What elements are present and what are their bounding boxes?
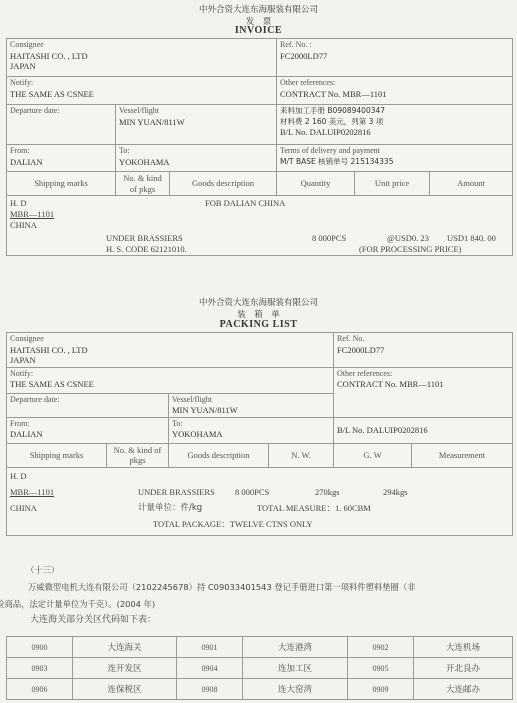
customs-table-intro: 大连海关部分关区代码如下表： — [30, 612, 156, 629]
bl-number: B/L No. DALUIP0202816 — [280, 127, 509, 138]
code-cell: 0906 — [7, 679, 73, 700]
pl-bl-cell: B/L No. DALUIP0202816 — [334, 417, 513, 443]
from-value: DALIAN — [10, 157, 112, 168]
code-cell: 0903 — [7, 658, 73, 679]
office-cell: 大连邮办 — [414, 679, 513, 700]
pl-col-nw: N. W. — [269, 443, 334, 467]
office-cell: 连开发区 — [73, 658, 177, 679]
pl-departure-label: Departure date: — [10, 395, 165, 406]
price-note: (FOR PROCESSING PRICE) — [359, 244, 462, 255]
pl-to-label: To: — [172, 419, 330, 430]
pl-col-gw: G. W — [334, 443, 412, 467]
pl-notify-label: Notify: — [10, 369, 330, 380]
pl-vessel-label: Vessel/flight — [172, 395, 330, 406]
pl-from-cell: From: DALIAN — [7, 417, 169, 443]
departure-cell: Departure date: — [7, 105, 116, 145]
office-cell: 大连港湾 — [243, 637, 348, 658]
pl-net-weight: 270kgs — [315, 487, 340, 498]
code-cell: 0908 — [177, 679, 243, 700]
packing-title: PACKING LIST — [0, 319, 517, 330]
invoice-form: Consignee HAITASHI CO. , LTD JAPAN Ref. … — [6, 38, 513, 256]
section-paragraph-line-2: 法检商品，法定计量单位为千克）。(2004 年) — [0, 596, 155, 613]
pl-ref-value: FC2000LD77 — [337, 345, 509, 356]
pl-other-ref-value: CONTRACT No. MBR—1101 — [337, 379, 509, 390]
to-cell: To: YOKOHAMA — [116, 145, 277, 172]
amount-value: USD1 840. 00 — [447, 233, 496, 244]
pl-unit: 计量单位：件/kg — [138, 503, 202, 514]
office-cell: 大连机场 — [414, 637, 513, 658]
pl-mark-line-2: MBR—1101 — [10, 487, 54, 498]
hs-code: H. S. CODE 62121010. — [106, 244, 187, 255]
mark-line-1: H. D — [10, 198, 27, 209]
pl-from-value: DALIAN — [10, 429, 165, 440]
code-cell: 0902 — [348, 637, 414, 658]
vessel-cell: Vessel/flight MIN YUAN/811W — [116, 105, 277, 145]
pl-notify-cell: Notify: THE SAME AS CSNEE — [7, 367, 334, 393]
pl-mark-line-1: H. D — [10, 471, 27, 482]
col-shipping-marks: Shipping marks — [7, 172, 116, 196]
packing-company-name: 中外合资大连东海服装有限公司 — [0, 296, 517, 308]
pl-other-ref-label: Other references: — [337, 369, 509, 380]
invoice-company-name: 中外合资大连东海服装有限公司 — [0, 3, 517, 15]
terms-label: Terms of delivery and payment — [280, 146, 509, 157]
manual-cell: 来料加工手册 B09089400347 材料费 2 160 美元，列第 3 项 … — [277, 105, 513, 145]
pl-col-goods: Goods description — [169, 443, 269, 467]
packing-column-headers: Shipping marks No. & kind of pkgs Goods … — [7, 443, 513, 467]
pl-ref-cell: Ref. No. FC2000LD77 — [334, 333, 513, 368]
section-number: （十三） — [26, 562, 59, 579]
from-label: From: — [10, 146, 112, 157]
pl-total-measure: TOTAL MEASURE：1. 60CBM — [257, 503, 371, 514]
office-cell: 开北良办 — [414, 658, 513, 679]
pl-notify-value: THE SAME AS CSNEE — [10, 379, 330, 390]
pl-bl-number: B/L No. DALUIP0202816 — [337, 425, 509, 436]
goods-name: UNDER BRASSIERS — [106, 233, 183, 244]
office-cell: 大连海关 — [73, 637, 177, 658]
code-cell: 0905 — [348, 658, 414, 679]
code-cell: 0900 — [7, 637, 73, 658]
invoice-body: H. D MBR—1101 CHINA FOB DALIAN CHINA UND… — [7, 196, 513, 256]
office-cell: 连加工区 — [243, 658, 348, 679]
ref-value: FC2000LD77 — [280, 51, 509, 62]
consignee-country: JAPAN — [10, 61, 273, 72]
col-goods: Goods description — [170, 172, 277, 196]
pl-ref-label: Ref. No. — [337, 334, 509, 345]
packing-body: H. D MBR—1101 CHINA UNDER BRASSIERS 8 00… — [7, 467, 513, 535]
from-cell: From: DALIAN — [7, 145, 116, 172]
office-cell: 连大窑湾 — [243, 679, 348, 700]
mark-line-3: CHINA — [10, 220, 37, 231]
other-ref-label: Other references: — [280, 78, 509, 89]
vessel-label: Vessel/flight — [119, 106, 273, 117]
pl-to-value: YOKOHAMA — [172, 429, 330, 440]
quantity-value: 8 000PCS — [312, 233, 346, 244]
pl-col-measurement: Measurement — [412, 443, 513, 467]
section-paragraph-line-1: 万威微型电机大连有限公司（2102245678）持 C09033401543 登… — [28, 582, 415, 592]
office-cell: 连保税区 — [73, 679, 177, 700]
pl-from-label: From: — [10, 419, 165, 430]
pl-gross-weight: 294kgs — [383, 487, 408, 498]
consignee-name: HAITASHI CO. , LTD — [10, 51, 273, 62]
pl-to-cell: To: YOKOHAMA — [169, 417, 334, 443]
vessel-value: MIN YUAN/811W — [119, 117, 273, 128]
pl-consignee-country: JAPAN — [10, 355, 330, 366]
pl-total-package: TOTAL PACKAGE：TWELVE CTNS ONLY — [153, 519, 313, 530]
departure-label: Departure date: — [10, 106, 112, 117]
terms-value: M/T BASE 核销单号 215134335 — [280, 157, 509, 168]
col-amount: Amount — [430, 172, 513, 196]
packing-form: Consignee HAITASHI CO. , LTD JAPAN Ref. … — [6, 332, 513, 536]
to-label: To: — [119, 146, 273, 157]
pl-vessel-cell: Vessel/flight MIN YUAN/811W — [169, 393, 334, 417]
invoice-column-headers: Shipping marks No. & kind of pkgs Goods … — [7, 172, 513, 196]
col-unit-price: Unit price — [355, 172, 430, 196]
pl-consignee-name: HAITASHI CO. , LTD — [10, 345, 330, 356]
col-quantity: Quantity — [277, 172, 355, 196]
to-value: YOKOHAMA — [119, 157, 273, 168]
fob-terms: FOB DALIAN CHINA — [205, 198, 285, 209]
pl-quantity: 8 000PCS — [235, 487, 269, 498]
pl-departure-cell: Departure date: — [7, 393, 169, 417]
unit-price-value: @USD0. 23 — [387, 233, 429, 244]
pl-mark-line-3: CHINA — [10, 503, 37, 514]
pl-consignee-cell: Consignee HAITASHI CO. , LTD JAPAN — [7, 333, 334, 368]
manual-line-1: 来料加工手册 B09089400347 — [280, 106, 509, 117]
manual-line-2: 材料费 2 160 美元，列第 3 项 — [280, 117, 509, 128]
section-paragraph: 万威微型电机大连有限公司（2102245678）持 C09033401543 登… — [8, 579, 513, 613]
pl-col-shipping-marks: Shipping marks — [7, 443, 107, 467]
other-ref-cell: Other references: CONTRACT No. MBR—1101 — [277, 77, 513, 105]
code-cell: 0904 — [177, 658, 243, 679]
pl-consignee-label: Consignee — [10, 334, 330, 345]
pl-other-ref-cell: Other references: CONTRACT No. MBR—1101 — [334, 367, 513, 417]
table-row: 0903 连开发区 0904 连加工区 0905 开北良办 — [7, 658, 513, 679]
other-ref-value: CONTRACT No. MBR—1101 — [280, 89, 509, 100]
pl-vessel-value: MIN YUAN/811W — [172, 405, 330, 416]
invoice-title: INVOICE — [0, 25, 517, 36]
code-cell: 0909 — [348, 679, 414, 700]
col-pkgs: No. & kind of pkgs — [116, 172, 170, 196]
pl-goods-name: UNDER BRASSIERS — [138, 487, 215, 498]
consignee-label: Consignee — [10, 40, 273, 51]
code-cell: 0901 — [177, 637, 243, 658]
ref-cell: Ref. No. : FC2000LD77 — [277, 39, 513, 77]
notify-label: Notify: — [10, 78, 273, 89]
notify-cell: Notify: THE SAME AS CSNEE — [7, 77, 277, 105]
consignee-cell: Consignee HAITASHI CO. , LTD JAPAN — [7, 39, 277, 77]
table-row: 0900 大连海关 0901 大连港湾 0902 大连机场 — [7, 637, 513, 658]
table-row: 0906 连保税区 0908 连大窑湾 0909 大连邮办 — [7, 679, 513, 700]
ref-label: Ref. No. : — [280, 40, 509, 51]
terms-cell: Terms of delivery and payment M/T BASE 核… — [277, 145, 513, 172]
customs-codes-table: 0900 大连海关 0901 大连港湾 0902 大连机场 0903 连开发区 … — [6, 636, 513, 700]
pl-col-pkgs: No. & kind of pkgs — [107, 443, 169, 467]
mark-line-2: MBR—1101 — [10, 209, 54, 220]
notify-value: THE SAME AS CSNEE — [10, 89, 273, 100]
